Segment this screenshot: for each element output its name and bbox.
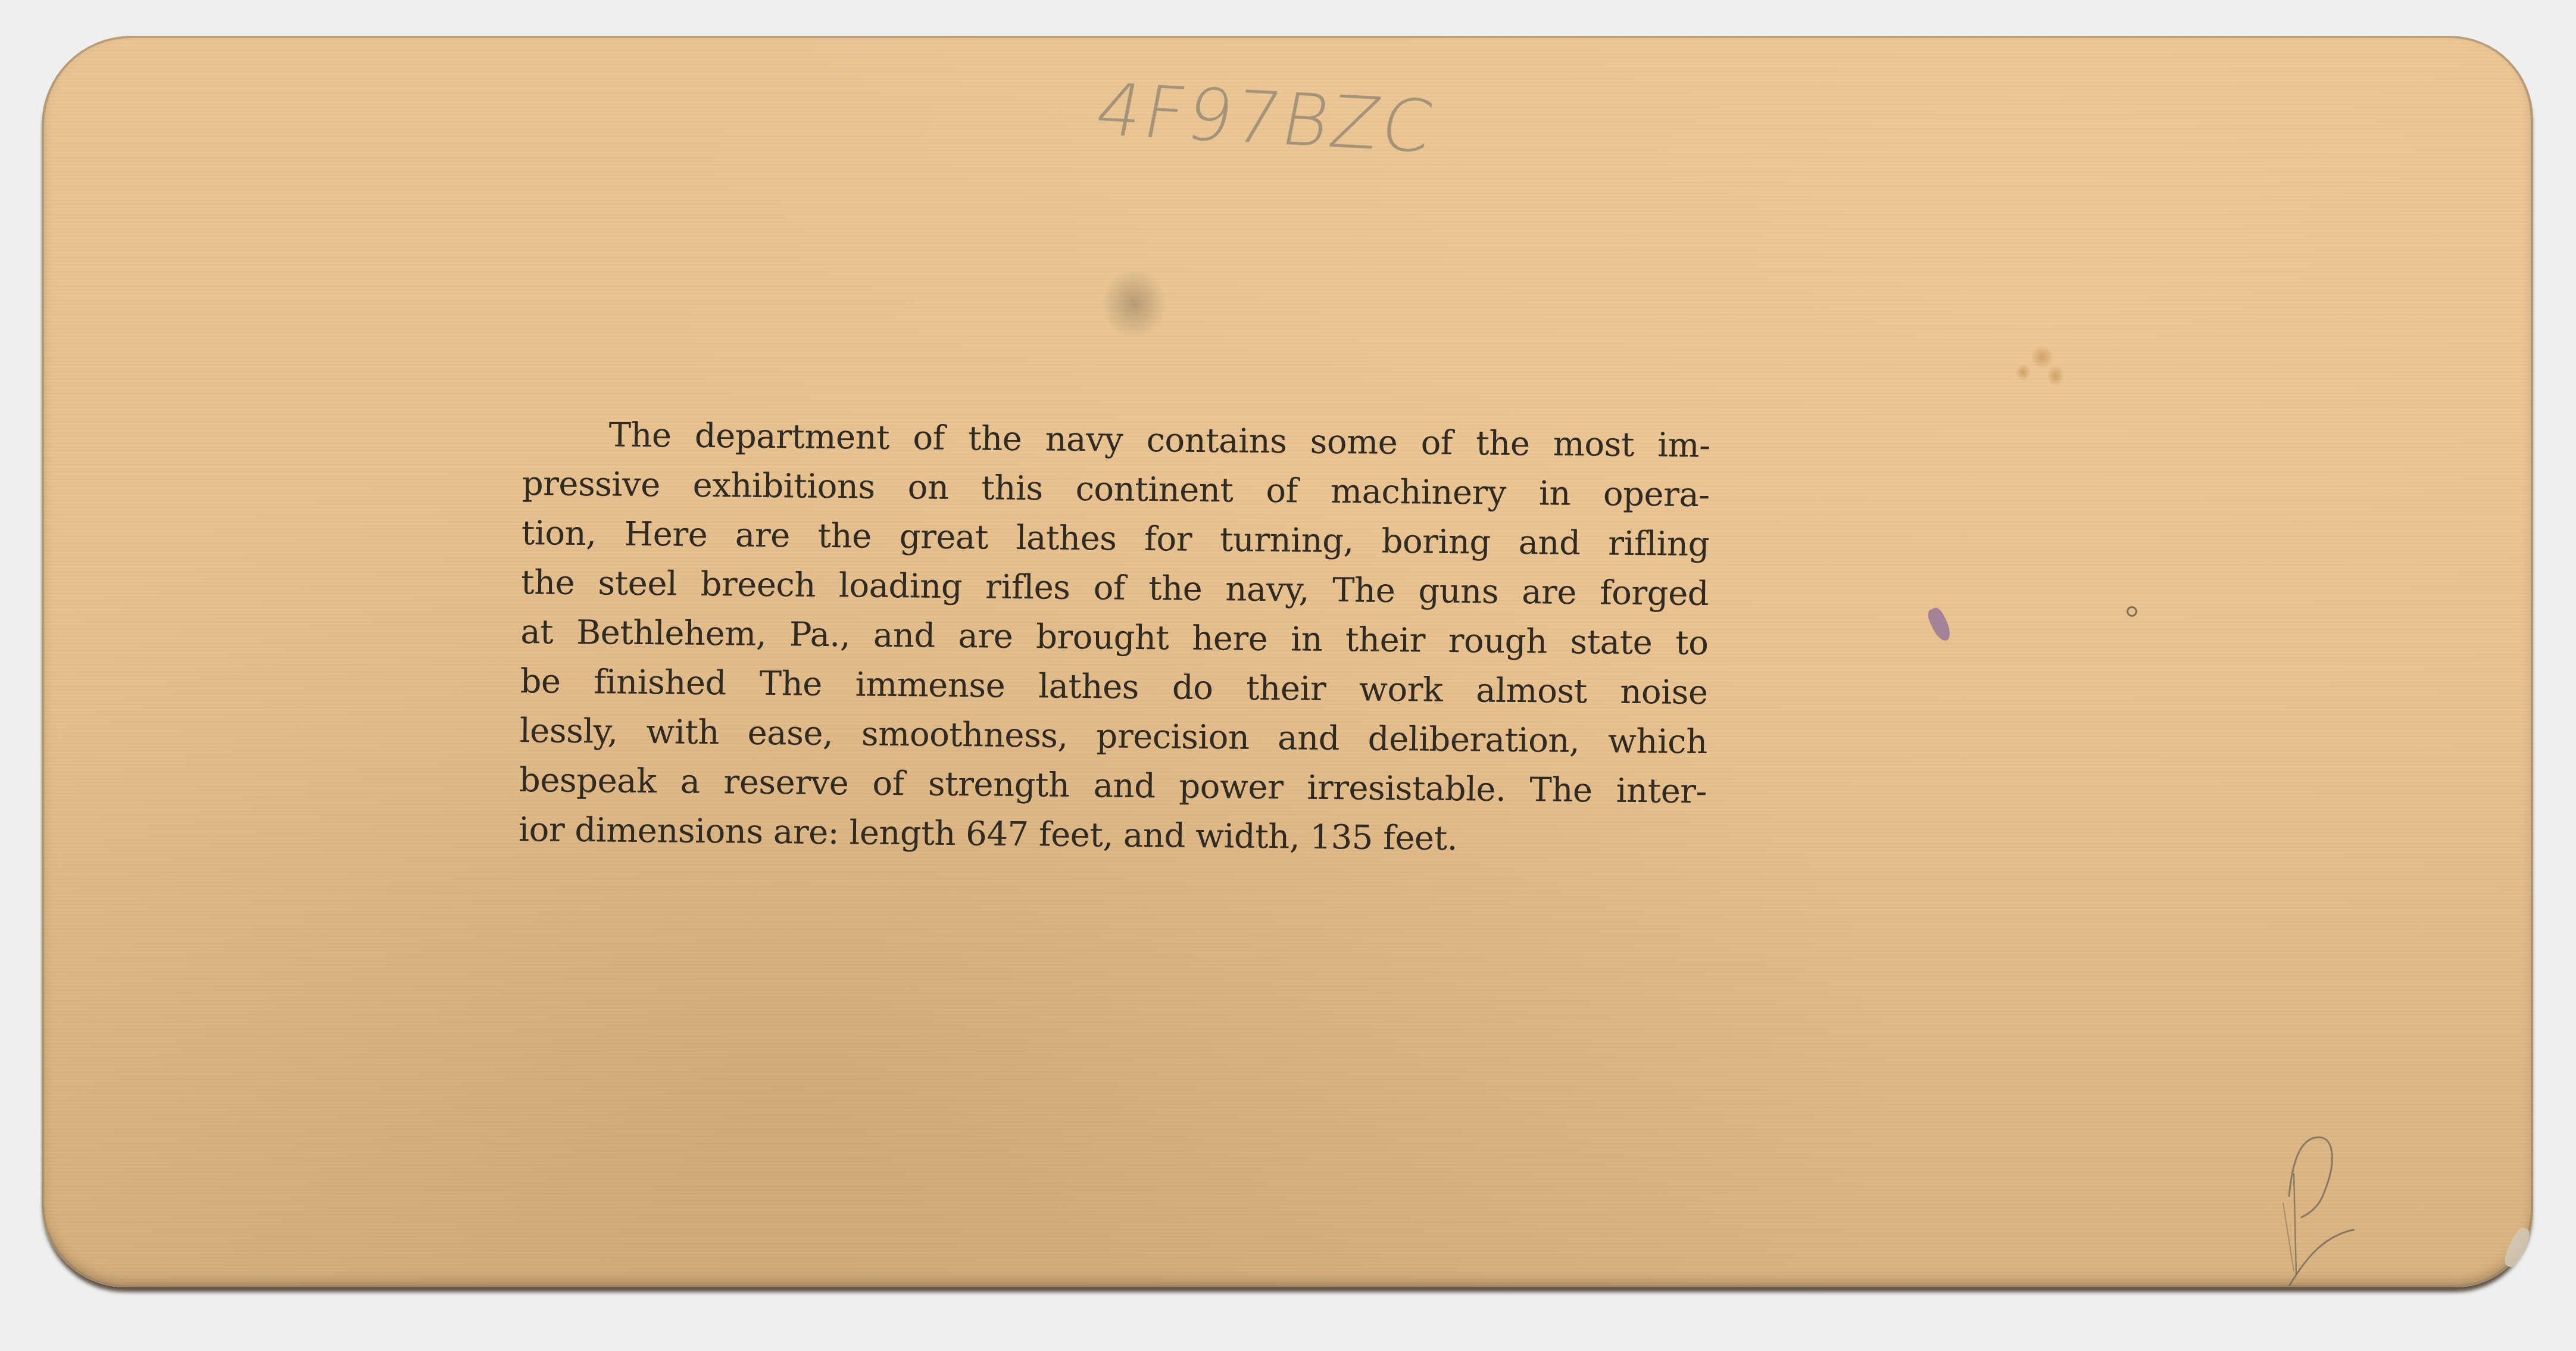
pencil-initial-mark-icon xyxy=(2265,1125,2384,1292)
dirt-smudge xyxy=(1101,268,1167,339)
description-text: The department of the navy contains some… xyxy=(519,410,1710,866)
text-line: ior dimensions are: length 647 feet, and… xyxy=(519,805,1543,865)
pencil-catalog-number: 4F97BZC xyxy=(1089,68,1441,169)
foxing-stain xyxy=(2047,364,2065,387)
small-ring-mark xyxy=(2127,606,2137,617)
foxing-stain xyxy=(2015,363,2031,381)
